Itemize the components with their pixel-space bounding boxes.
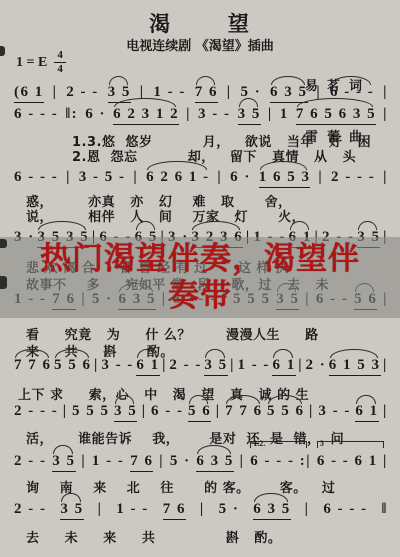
music-segment: 1 - - xyxy=(116,501,149,518)
music-segment: | xyxy=(142,403,147,420)
music-segment: 6 3 5 xyxy=(196,453,234,472)
music-segment: | xyxy=(383,357,388,374)
song-title: 渴 望 xyxy=(0,8,400,38)
music-segment: 3 5 xyxy=(60,501,83,520)
music-segment: 7 6 xyxy=(130,453,153,472)
music-segment: | xyxy=(383,84,388,101)
music-segment: 5 5 5 xyxy=(72,403,110,420)
music-segment: | xyxy=(230,357,235,374)
music-segment: 6 - - xyxy=(151,403,184,420)
lyric-line: 去 未 来 共 斟 酌。 xyxy=(26,527,392,546)
music-segment: | xyxy=(66,169,71,186)
music-segment: 7 7 6 xyxy=(14,357,52,374)
music-segment: | xyxy=(305,501,310,518)
music-segment: 2 - - xyxy=(66,84,99,101)
music-segment: | xyxy=(159,453,164,470)
music-segment: 6 · xyxy=(230,169,251,186)
music-segment: 2 - - xyxy=(169,357,202,374)
music-segment: 5 5 6 xyxy=(267,403,305,420)
music-segment: 3 - - xyxy=(198,106,231,123)
music-segment: 3 - - xyxy=(318,403,351,420)
ink-smudge xyxy=(0,46,5,56)
music-line: 6 - - -‖:6 ·6 2 3 1 2|3 - -3 5|17 6 5 6 … xyxy=(14,106,388,125)
music-segment: | xyxy=(200,501,205,518)
music-segment: 3 - - xyxy=(101,357,134,374)
time-signature: 4 4 xyxy=(54,50,66,75)
music-segment: | xyxy=(186,106,191,123)
music-segment: 6 2 3 1 2 xyxy=(113,106,179,125)
music-segment: 6 - - - xyxy=(14,169,58,186)
music-segment: 7 7 6 xyxy=(225,403,263,420)
music-line: 2 - -3 5|1 - -7 6|5 ·6 3 5|6 - - - :|1.2… xyxy=(14,452,388,472)
ink-smudge xyxy=(0,239,7,248)
music-segment: (6 1 xyxy=(14,84,44,103)
time-numerator: 4 xyxy=(54,50,66,63)
volta-label: 3 xyxy=(320,439,324,448)
volta-measure: 6 - - 6 1 |3 xyxy=(317,452,388,470)
music-segment: 6 - - - xyxy=(14,106,58,123)
key-label: 1 = E xyxy=(16,55,47,71)
watermark-text-line1: 热门渴望伴奏，渴望伴 xyxy=(40,241,360,278)
music-segment: 3 5 xyxy=(114,403,137,422)
lyric-line: 2.恩 怨忘 却， 留下 真情 从 头 xyxy=(72,146,400,165)
volta-label: 1.2. xyxy=(253,439,265,448)
music-segment: | xyxy=(217,169,222,186)
music-segment: 1 xyxy=(280,106,289,123)
lyric-line: 询 南 来 北 往 的 客。 客。 过 xyxy=(26,477,392,496)
music-segment: | xyxy=(383,106,388,123)
music-segment: 6 - - - xyxy=(323,501,367,518)
music-segment: | xyxy=(309,403,314,420)
music-segment: 6 1 xyxy=(272,357,295,376)
music-segment: 1 6 5 3 xyxy=(259,169,311,188)
key-signature: 1 = E 4 4 xyxy=(16,50,66,75)
music-segment: 6 1 xyxy=(355,403,378,422)
music-segment: 6 1 5 3 xyxy=(329,357,381,376)
music-segment: | xyxy=(162,357,167,374)
music-segment: 2 - - - xyxy=(331,169,375,186)
time-denominator: 4 xyxy=(57,63,63,75)
music-segment: 7 6 5 6 3 5 xyxy=(296,106,376,125)
music-segment: 2 · xyxy=(306,357,327,374)
music-segment: | xyxy=(268,106,273,123)
music-segment: 5 5 6 xyxy=(54,357,92,374)
music-line: 2 - - -|5 5 53 5|6 - -5 6|7 7 65 5 6|3 -… xyxy=(14,403,388,422)
music-segment: 6 1 xyxy=(136,357,159,376)
music-segment: | xyxy=(63,403,68,420)
music-segment: 7 6 xyxy=(163,501,186,520)
music-segment: 2 - - xyxy=(14,501,47,518)
music-segment: 3 5 xyxy=(204,357,227,376)
volta-measure: 6 - - - :|1.2. xyxy=(250,452,311,470)
music-segment: 6 2 6 1 - xyxy=(146,169,210,186)
music-segment: 7 6 xyxy=(195,84,218,103)
music-segment: 5 · xyxy=(170,453,191,470)
music-segment: 6 · xyxy=(85,106,106,123)
music-segment: | xyxy=(216,403,221,420)
music-segment: | xyxy=(53,84,58,101)
music-segment: 1 - - xyxy=(92,453,125,470)
music-segment: | xyxy=(227,84,232,101)
music-segment: | xyxy=(240,453,245,470)
music-segment: 2 - - - xyxy=(14,403,58,420)
music-segment: | xyxy=(81,453,86,470)
music-segment: 6 3 5 xyxy=(253,501,291,520)
music-segment: 3 5 xyxy=(52,453,75,472)
music-line: 7 7 65 5 6|3 - -6 1|2 - -3 5|1 - -6 1|2 … xyxy=(14,357,388,376)
music-segment: 2 - - xyxy=(14,453,47,470)
music-segment: ‖: xyxy=(65,106,78,123)
music-segment: | xyxy=(318,169,323,186)
music-segment: 5 · xyxy=(219,501,240,518)
watermark-text-line2: 奏带 xyxy=(168,278,232,315)
music-segment: | xyxy=(298,357,303,374)
ink-smudge xyxy=(0,276,7,289)
music-segment: ‖ xyxy=(382,501,388,518)
music-line: 2 - -3 5|1 - -7 6|5 ·6 3 5|6 - - -‖ xyxy=(14,501,388,520)
music-segment: | xyxy=(94,357,99,374)
watermark-overlay: 热门渴望伴奏，渴望伴 奏带 xyxy=(0,237,400,318)
music-segment: | xyxy=(133,169,138,186)
music-segment: 6 3 5 xyxy=(270,84,308,103)
music-segment: | xyxy=(383,169,388,186)
music-segment: 1 - - xyxy=(237,357,270,374)
sheet-music-page: 渴 望 电视连续剧 《渴望》插曲 1 = E 4 4 易 茗 词 雷 蕾 曲 (… xyxy=(0,0,400,557)
music-segment: 5 6 xyxy=(188,403,211,422)
music-line: 6 - - -|3 - 5 -|6 2 6 1 -|6 ·1 6 5 3|2 -… xyxy=(14,169,388,188)
music-segment: | xyxy=(98,501,103,518)
music-segment: 3 - 5 - xyxy=(79,169,126,186)
music-segment: 3 5 xyxy=(238,106,261,125)
music-segment: | xyxy=(383,403,388,420)
